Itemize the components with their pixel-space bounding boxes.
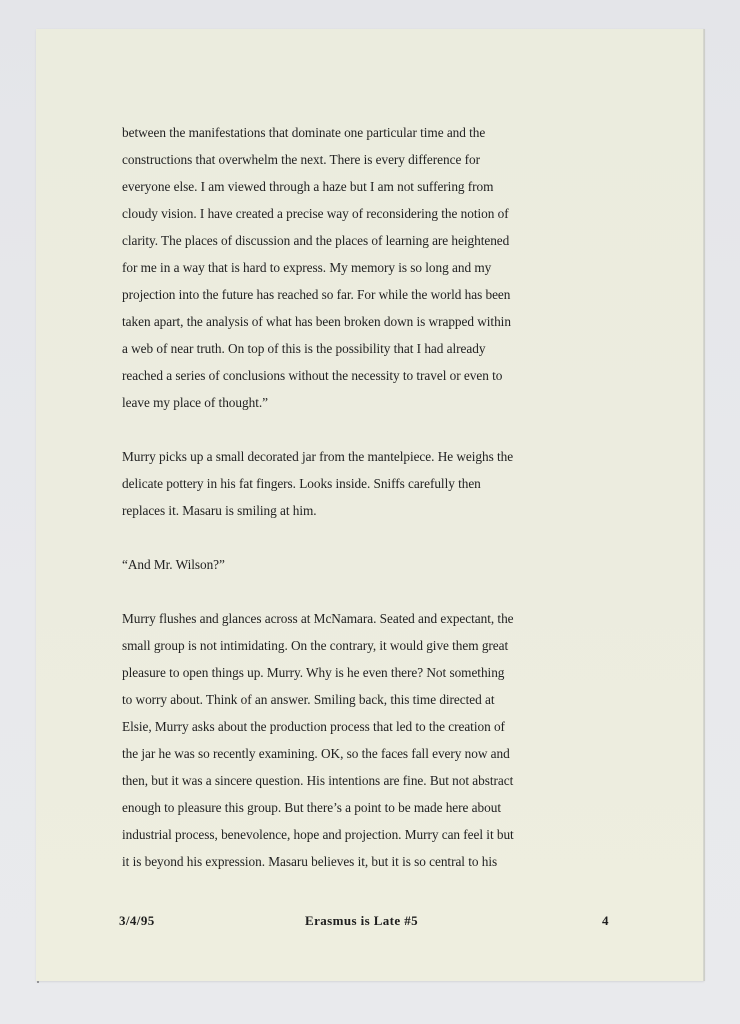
footer-title: Erasmus is Late #5 [305, 913, 418, 929]
text-line: taken apart, the analysis of what has be… [122, 308, 552, 335]
text-line: for me in a way that is hard to express.… [122, 254, 552, 281]
text-line: small group is not intimidating. On the … [122, 632, 552, 659]
text-line: cloudy vision. I have created a precise … [122, 200, 552, 227]
text-line: a web of near truth. On top of this is t… [122, 335, 552, 362]
paragraph-3: “And Mr. Wilson?” [122, 551, 552, 578]
text-line: to worry about. Think of an answer. Smil… [122, 686, 552, 713]
text-line: “And Mr. Wilson?” [122, 551, 552, 578]
text-line: then, but it was a sincere question. His… [122, 767, 552, 794]
page-edge [703, 29, 705, 981]
page-footer: 3/4/95 Erasmus is Late #5 4 [119, 913, 619, 933]
text-line: leave my place of thought.” [122, 389, 552, 416]
text-line: everyone else. I am viewed through a haz… [122, 173, 552, 200]
text-line: between the manifestations that dominate… [122, 119, 552, 146]
paragraph-2: Murry picks up a small decorated jar fro… [122, 443, 552, 524]
page-number: 4 [602, 913, 609, 929]
text-line: Murry flushes and glances across at McNa… [122, 605, 552, 632]
text-line: clarity. The places of discussion and th… [122, 227, 552, 254]
paragraph-4: Murry flushes and glances across at McNa… [122, 605, 552, 875]
text-line: reached a series of conclusions without … [122, 362, 552, 389]
footer-date: 3/4/95 [119, 913, 155, 929]
text-line: pleasure to open things up. Murry. Why i… [122, 659, 552, 686]
document-page: between the manifestations that dominate… [36, 29, 704, 981]
text-line: Elsie, Murry asks about the production p… [122, 713, 552, 740]
text-line: constructions that overwhelm the next. T… [122, 146, 552, 173]
text-line: replaces it. Masaru is smiling at him. [122, 497, 552, 524]
text-line: delicate pottery in his fat fingers. Loo… [122, 470, 552, 497]
text-line: enough to pleasure this group. But there… [122, 794, 552, 821]
text-line: Murry picks up a small decorated jar fro… [122, 443, 552, 470]
text-line: industrial process, benevolence, hope an… [122, 821, 552, 848]
paragraph-1: between the manifestations that dominate… [122, 119, 552, 416]
text-line: it is beyond his expression. Masaru beli… [122, 848, 552, 875]
dust-speck [37, 981, 39, 983]
text-line: the jar he was so recently examining. OK… [122, 740, 552, 767]
page-body: between the manifestations that dominate… [122, 119, 552, 902]
text-line: projection into the future has reached s… [122, 281, 552, 308]
